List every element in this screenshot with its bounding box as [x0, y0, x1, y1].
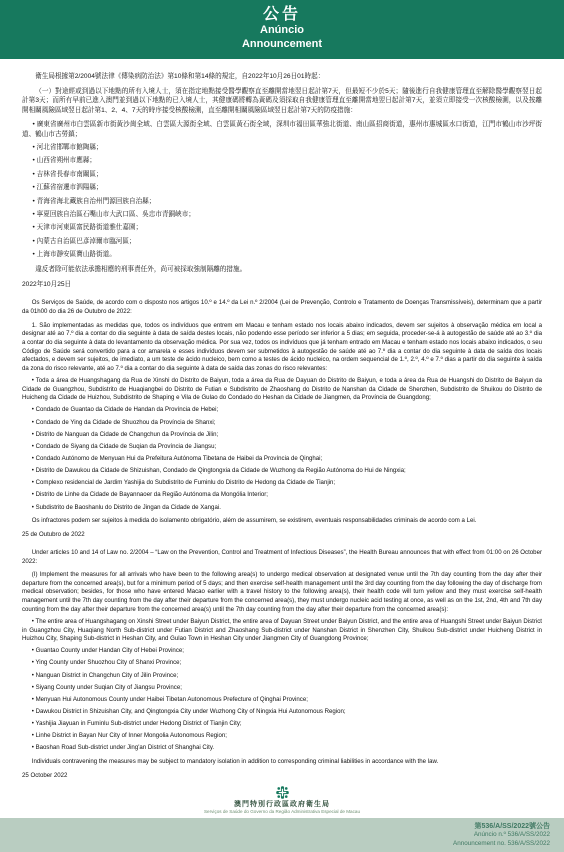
risk-area-item: • Dawukou District in Shizuishan City, a… [22, 708, 542, 717]
risk-area-item: • Guantao County under Handan City of He… [22, 647, 542, 656]
warning-paragraph-zh: 違反者除可能依法承擔相應的刑事責任外，尚可被採取強制隔離的措施。 [22, 265, 542, 275]
risk-area-item: • Nanguan District in Changchun City of … [22, 672, 542, 681]
risk-area-item: • Toda a área de Huangshagang da Rua de … [22, 377, 542, 403]
date-line-pt: 25 de Outubro de 2022 [22, 531, 542, 540]
risk-area-item: • 山西省朔州市應縣； [22, 156, 542, 166]
issuer-name-pt: Serviços de Saúde do Governo da Região A… [0, 809, 564, 815]
intro-paragraph-pt: Os Serviços de Saúde, de acordo com o di… [22, 299, 542, 316]
measures-paragraph-zh: （一）對途經或到過以下地點的所有入境人士，須在指定地點接受醫學觀察直至離開當地翌… [22, 87, 542, 117]
health-bureau-emblem-icon [275, 785, 290, 800]
risk-area-item: • Condado de Guantao da Cidade de Handan… [22, 406, 542, 415]
risk-area-item: • Distrito de Dawukou da Cidade de Shizu… [22, 467, 542, 476]
risk-area-item: • Siyang County under Suqian City of Jia… [22, 684, 542, 693]
measures-paragraph-pt: 1. São implementadas as medidas que, tod… [22, 322, 542, 374]
page-title-pt: Anúncio [0, 24, 564, 38]
warning-paragraph-pt: Os infractores podem ser sujeitos à medi… [22, 517, 542, 526]
page-title-en: Announcement [0, 38, 564, 52]
risk-area-item: • 江蘇省宿遷市泗陽縣； [22, 183, 542, 193]
document-body: 衛生局根據第2/2004號法律《傳染病防治法》第10條和第14條的規定，自202… [0, 59, 564, 783]
risk-area-list-en: • The entire area of Huangshagang on Xin… [22, 618, 542, 753]
risk-area-item: • Yashijia Jiayuan in Fuminlu Sub-distri… [22, 720, 542, 729]
page-title-zh: 公告 [0, 5, 564, 24]
section-english: Under articles 10 and 14 of Law no. 2/20… [22, 549, 542, 781]
measures-paragraph-en: (I) Implement the measures for all arriv… [22, 571, 542, 614]
announcement-ref-pt: Anúncio n.º 536/A/SS/2022 [474, 831, 550, 839]
footer: 澳門特別行政區政府衛生局 Serviços de Saúde do Govern… [0, 783, 564, 852]
reference-band: 第536/A/SS/2022號公告 Anúncio n.º 536/A/SS/2… [0, 818, 564, 852]
warning-paragraph-en: Individuals contravening the measures ma… [22, 758, 542, 767]
risk-area-item: • Subdistrito de Baoshanlu do Distrito d… [22, 504, 542, 513]
risk-area-item: • Menyuan Hui Autonomous County under Ha… [22, 696, 542, 705]
issuer-name-zh: 澳門特別行政區政府衛生局 [0, 801, 564, 809]
risk-area-item: • Condado de Ying da Cidade de Shuozhou … [22, 419, 542, 428]
risk-area-item: • 天津市河東區富民路街道雅仕嘉園； [22, 223, 542, 233]
risk-area-item: • The entire area of Huangshagang on Xin… [22, 618, 542, 644]
risk-area-item: • 吉林省長春市南關區； [22, 170, 542, 180]
intro-paragraph-zh: 衛生局根據第2/2004號法律《傳染病防治法》第10條和第14條的規定，自202… [22, 72, 542, 82]
risk-area-item: • 青海省海北藏族自治州門源回族自治縣； [22, 197, 542, 207]
risk-area-item: • 廣東省廣州市白雲區新市街黃沙崗全域、白雲區大源街全域、白雲區黃石街全域，深圳… [22, 120, 542, 140]
risk-area-item: • Ying County under Shuozhou City of Sha… [22, 659, 542, 668]
risk-area-item: • 上海市靜安區寶山路街道。 [22, 250, 542, 260]
risk-area-item: • Linhe District in Bayan Nur City of In… [22, 732, 542, 741]
risk-area-item: • Condado de Siyang da Cidade de Suqian … [22, 443, 542, 452]
risk-area-item: • Condado Autónomo de Menyuan Hui da Pre… [22, 455, 542, 464]
header-banner: 公告 Anúncio Announcement [0, 0, 564, 59]
risk-area-item: • 內蒙古自治區巴彥淖爾市臨河區； [22, 237, 542, 247]
announcement-ref-en: Announcement no. 536/A/SS/2022 [453, 840, 550, 848]
intro-paragraph-en: Under articles 10 and 14 of Law no. 2/20… [22, 549, 542, 566]
risk-area-item: • Baoshan Road Sub-district under Jing'a… [22, 744, 542, 753]
announcement-page: 公告 Anúncio Announcement 衛生局根據第2/2004號法律《… [0, 0, 564, 852]
risk-area-item: • Complexo residencial de Jardim Yashiji… [22, 479, 542, 488]
date-line-en: 25 October 2022 [22, 772, 542, 781]
announcement-ref-zh: 第536/A/SS/2022號公告 [475, 822, 550, 831]
risk-area-item: • Distrito de Nanguan da Cidade de Chang… [22, 431, 542, 440]
risk-area-item: • Distrito de Linhe da Cidade de Bayanna… [22, 491, 542, 500]
risk-area-item: • 河北省邯鄲市館陶縣； [22, 143, 542, 153]
risk-area-list-pt: • Toda a área de Huangshagang da Rua de … [22, 377, 542, 512]
risk-area-item: • 寧夏回族自治區石嘴山市大武口區、吳忠市青銅峽市； [22, 210, 542, 220]
risk-area-list-zh: • 廣東省廣州市白雲區新市街黃沙崗全域、白雲區大源街全域、白雲區黃石街全域，深圳… [22, 120, 542, 260]
date-line-zh: 2022年10月25日 [22, 280, 542, 290]
section-chinese: 衛生局根據第2/2004號法律《傳染病防治法》第10條和第14條的規定，自202… [22, 72, 542, 291]
issuer-block: 澳門特別行政區政府衛生局 Serviços de Saúde do Govern… [0, 783, 564, 818]
section-portuguese: Os Serviços de Saúde, de acordo com o di… [22, 299, 542, 540]
